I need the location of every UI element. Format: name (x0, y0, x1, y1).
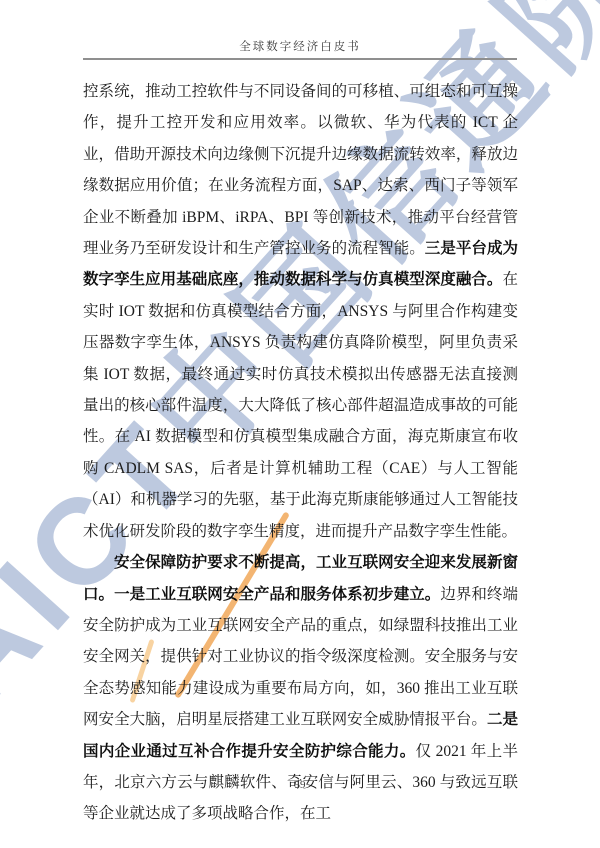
header-title: 全球数字经济白皮书 (239, 38, 361, 54)
paragraph: 控系统，推动工控软件与不同设备间的可移植、可组态和可互操作，提升工控开发和应用效… (83, 76, 518, 547)
document-page: CAICT中国信通院 全球数字经济白皮书 控系统，推动工控软件与不同设备间的可移… (0, 0, 600, 848)
page-footer: 59 (0, 779, 600, 791)
page-header: 全球数字经济白皮书 (83, 0, 517, 68)
body-text: 控系统，推动工控软件与不同设备间的可移植、可组态和可互操作，提升工控开发和应用效… (83, 76, 518, 830)
text-run: 控系统，推动工控软件与不同设备间的可移植、可组态和可互操作，提升工控开发和应用效… (83, 83, 518, 257)
page-number: 59 (295, 779, 306, 791)
text-run: 边界和终端安全防护成为工业互联网安全产品的重点，如绿盟科技推出工业安全网关，提供… (83, 586, 518, 729)
text-run: 在实时 IOT 数据和仿真模型结合方面，ANSYS 与阿里合作构建变压器数字孪生… (83, 271, 518, 539)
header-rule (83, 58, 517, 60)
